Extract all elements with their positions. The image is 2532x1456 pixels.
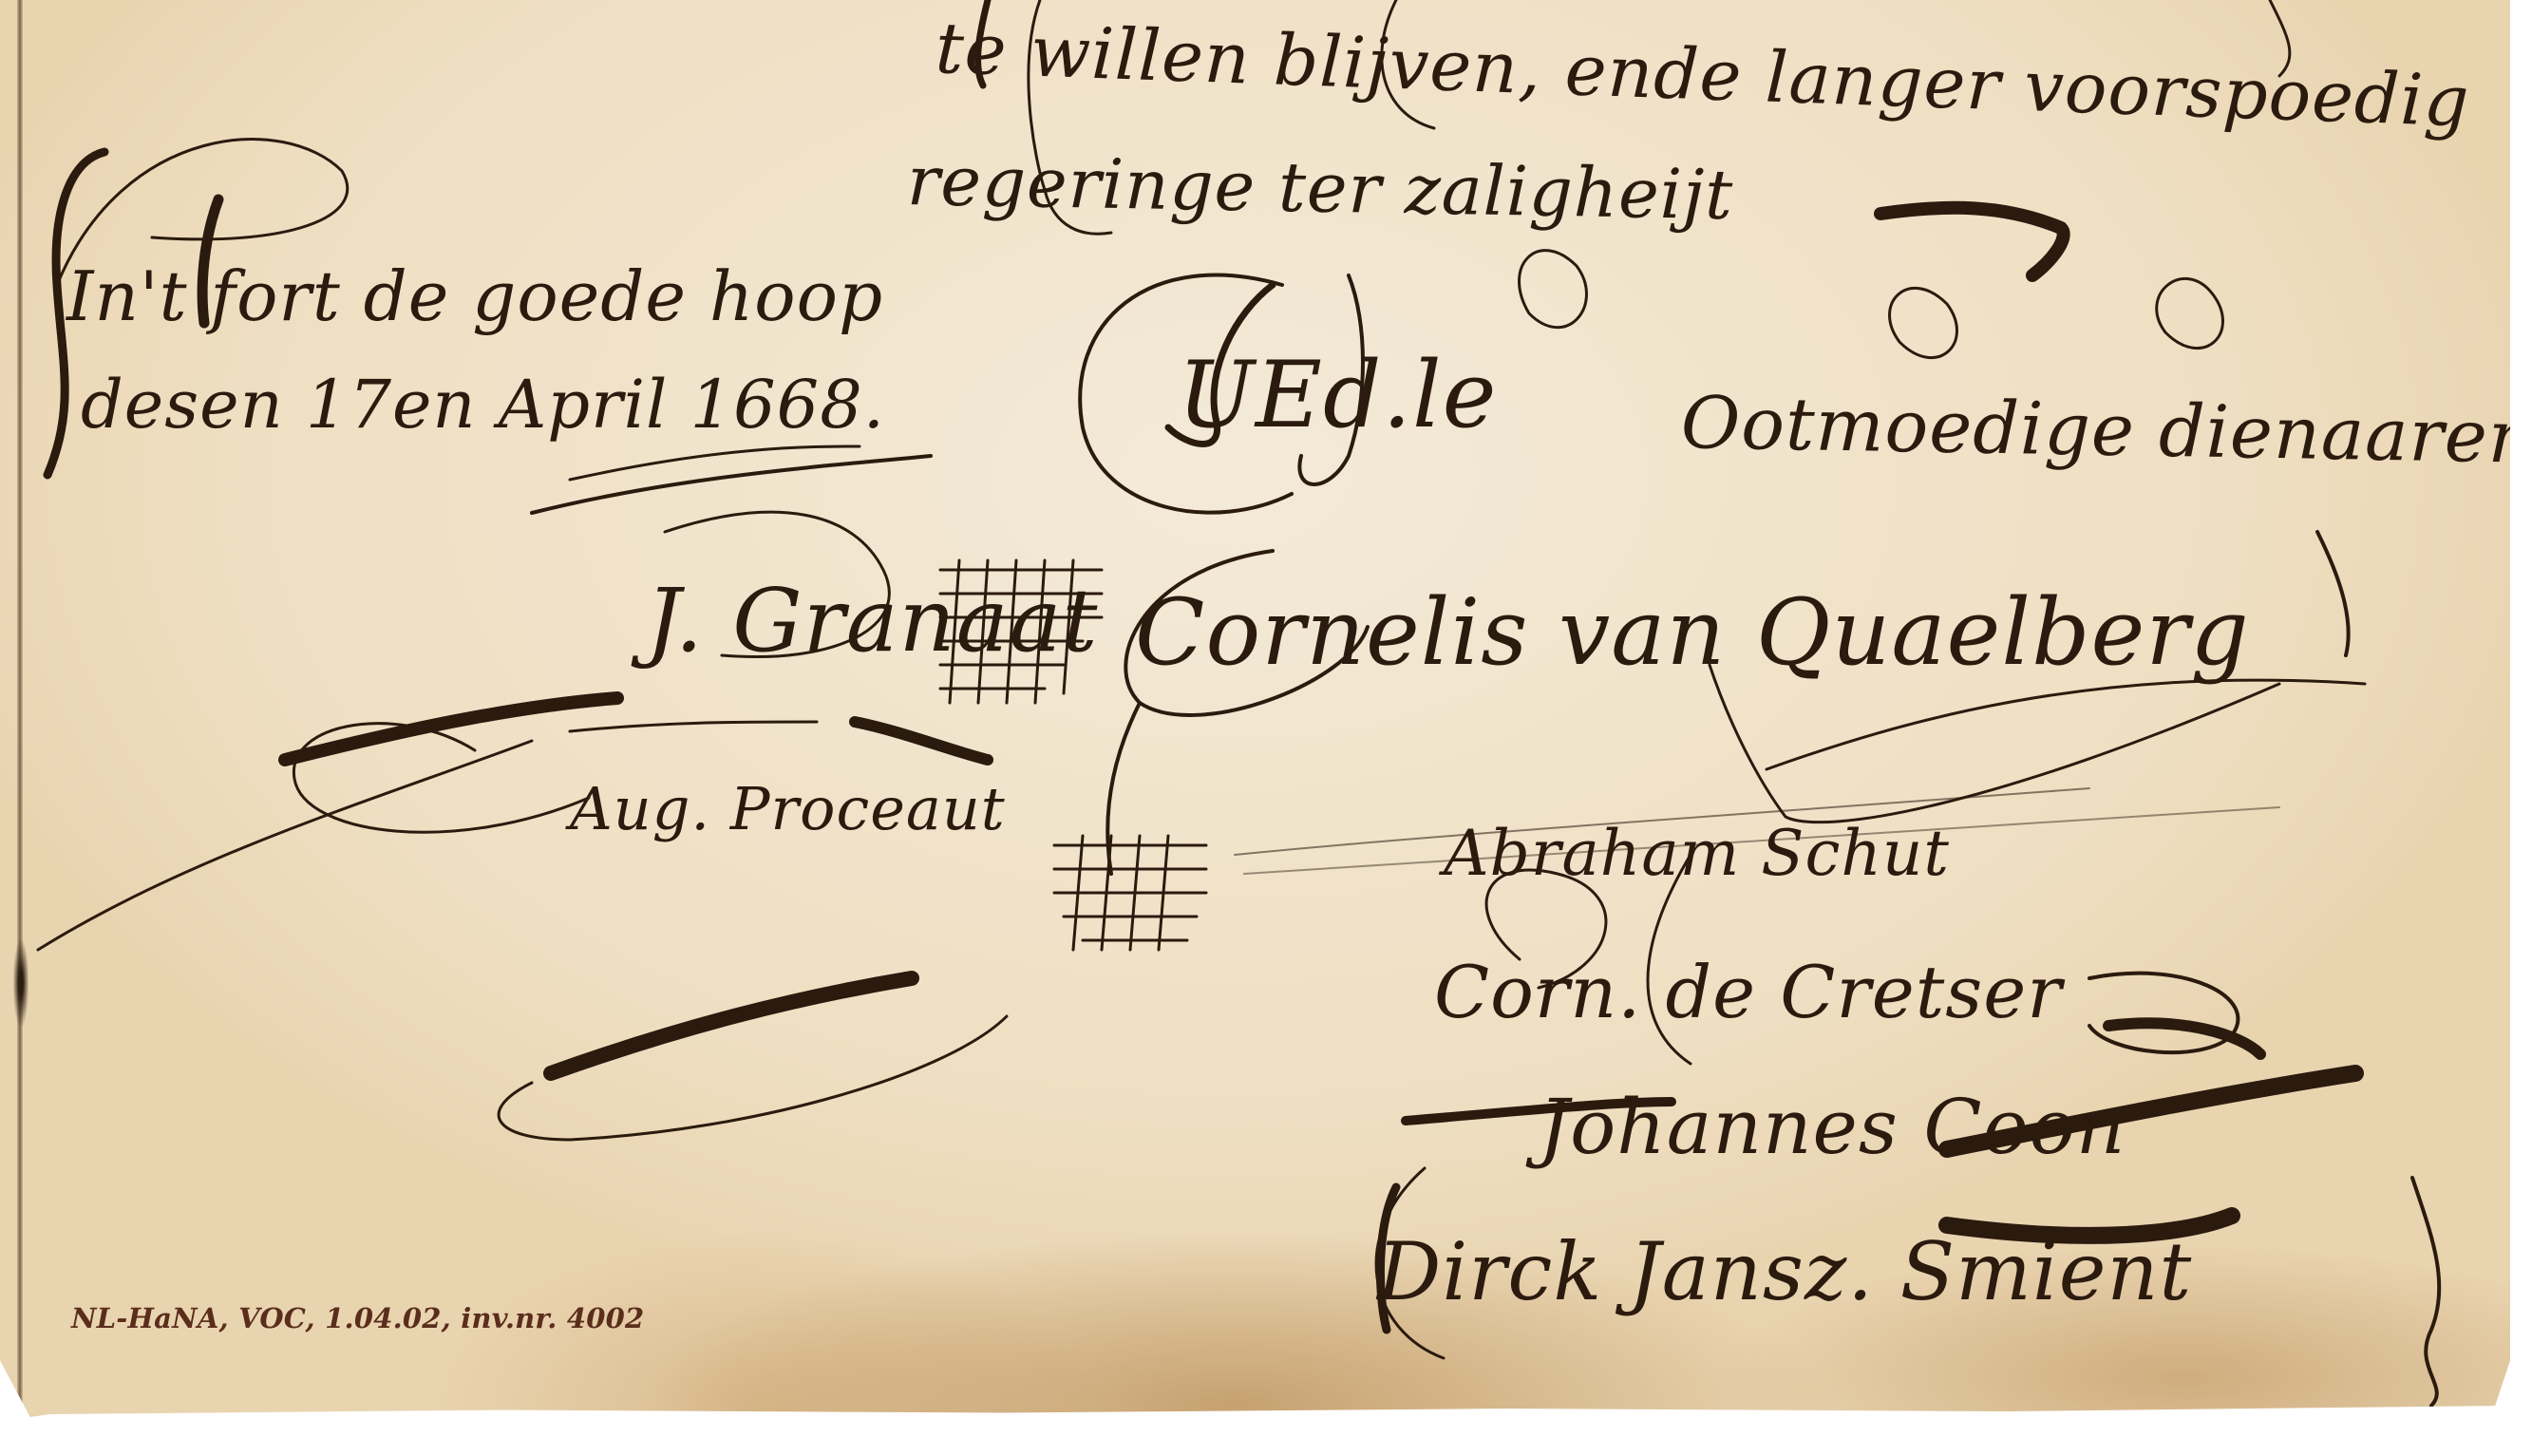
closing-salutation: UEd.le: [1178, 342, 1497, 448]
signature-cretser: Corn. de Cretser: [1434, 950, 2063, 1034]
archive-reference-caption: NL-HaNA, VOC, 1.04.02, inv.nr. 4002: [71, 1302, 644, 1334]
signature-proceaut: Aug. Proceaut: [570, 774, 1006, 843]
dateline-date: desen 17en April 1668.: [81, 366, 885, 444]
body-text-line-2: regeringe ter zaligheijt: [906, 141, 1734, 235]
manuscript-page: te willen blijven, ende langer voorspoed…: [0, 0, 2510, 1417]
signature-smient: Dirck Jansz. Smient: [1377, 1225, 2192, 1318]
closing-phrase: Ootmoedige dienaaren: [1680, 380, 2532, 480]
signature-quaelberg: Cornelis van Quaelberg: [1135, 579, 2250, 686]
signature-coon: Johannes Coon: [1539, 1083, 2126, 1171]
signature-granaat: J. Granaat: [646, 570, 1098, 671]
signature-schut: Abraham Schut: [1444, 817, 1950, 890]
dateline-place: In't fort de goede hoop: [66, 256, 883, 336]
